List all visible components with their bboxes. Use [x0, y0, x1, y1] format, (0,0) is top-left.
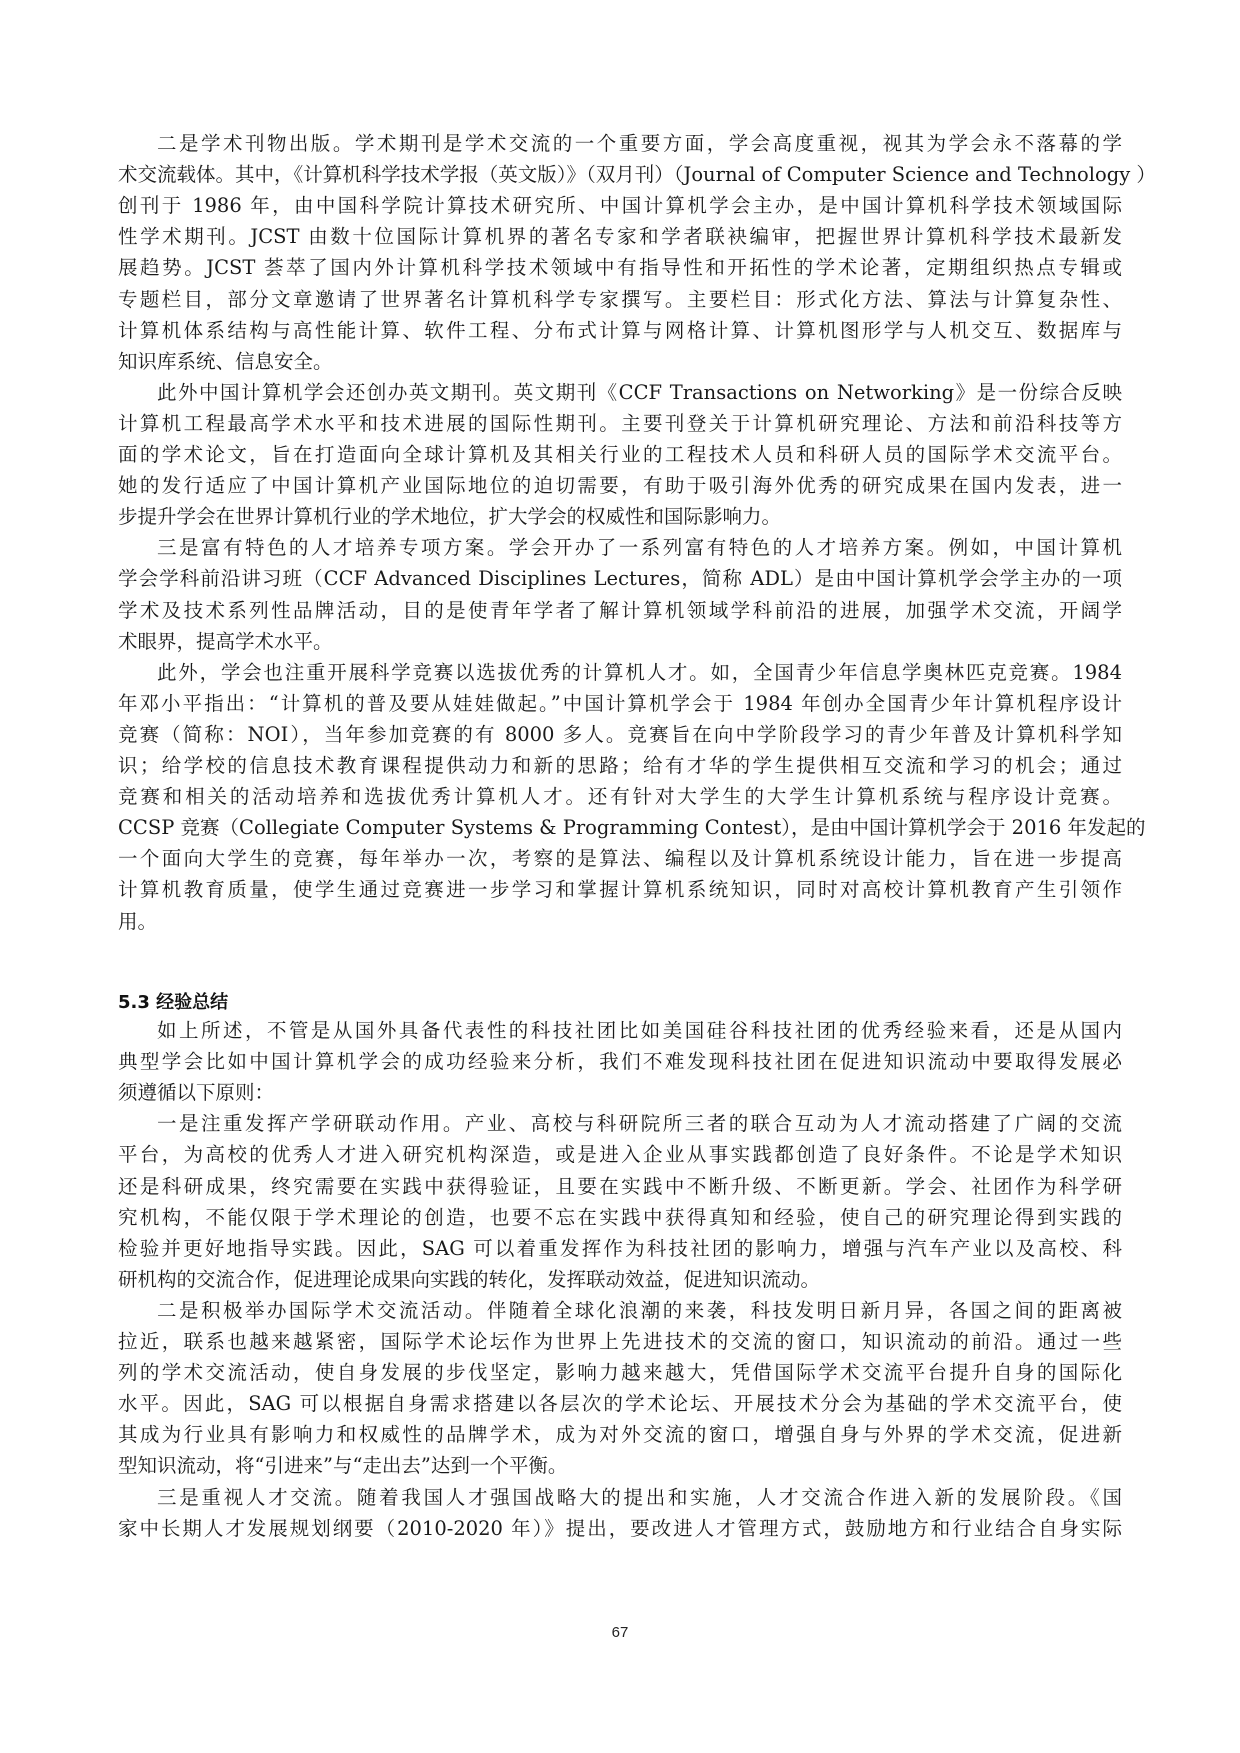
- text-line: 计算机教育质量，使学生通过竞赛进一步学习和掌握计算机系统知识，同时对高校计算机教…: [118, 874, 1122, 905]
- text-line: 专题栏目，部分文章邀请了世界著名计算机科学专家撰写。主要栏目：形式化方法、算法与…: [118, 284, 1122, 315]
- text-line: 研机构的交流合作，促进理论成果向实践的转化，发挥联动效益，促进知识流动。: [118, 1264, 1122, 1295]
- page-number: 67: [0, 1624, 1240, 1641]
- text-line: 还是科研成果，终究需要在实践中获得验证，且要在实践中不断升级、不断更新。学会、社…: [118, 1171, 1122, 1202]
- text-line: 究机构，不能仅限于学术理论的创造，也要不忘在实践中获得真知和经验，使自己的研究理…: [118, 1202, 1122, 1233]
- text-line: 如上所述，不管是从国外具备代表性的科技社团比如美国硅谷科技社团的优秀经验来看，还…: [157, 1015, 1122, 1046]
- text-line: 步提升学会在世界计算机行业的学术地位，扩大学会的权威性和国际影响力。: [118, 501, 1122, 532]
- section-heading: 5.3 经验总结: [118, 989, 228, 1017]
- document-page: 二是学术刊物出版。学术期刊是学术交流的一个重要方面，学会高度重视，视其为学会永不…: [0, 0, 1240, 1753]
- text-line: 一个面向大学生的竞赛，每年举办一次，考察的是算法、编程以及计算机系统设计能力，旨…: [118, 843, 1122, 874]
- text-line: 面的学术论文，旨在打造面向全球计算机及其相关行业的工程技术人员和科研人员的国际学…: [118, 439, 1122, 470]
- text-line: 二是积极举办国际学术交流活动。伴随着全球化浪潮的来袭，科技发明日新月异，各国之间…: [157, 1295, 1122, 1326]
- text-line: 此外中国计算机学会还创办英文期刊。英文期刊《CCF Transactions o…: [157, 377, 1122, 408]
- text-line: 典型学会比如中国计算机学会的成功经验来分析，我们不难发现科技社团在促进知识流动中…: [118, 1046, 1122, 1077]
- text-line: 型知识流动，将“引进来”与“走出去”达到一个平衡。: [118, 1450, 1122, 1481]
- text-line: CCSP 竞赛（Collegiate Computer Systems & Pr…: [118, 812, 1122, 843]
- text-line: 须遵循以下原则：: [118, 1077, 1122, 1108]
- text-line: 列的学术交流活动，使自身发展的步伐坚定，影响力越来越大，凭借国际学术交流平台提升…: [118, 1357, 1122, 1388]
- text-line: 年邓小平指出：“计算机的普及要从娃娃做起。”中国计算机学会于 1984 年创办全…: [118, 688, 1122, 719]
- text-line: 竞赛和相关的活动培养和选拔优秀计算机人才。还有针对大学生的大学生计算机系统与程序…: [118, 781, 1122, 812]
- text-line: 一是注重发挥产学研联动作用。产业、高校与科研院所三者的联合互动为人才流动搭建了广…: [157, 1108, 1122, 1139]
- text-line: 计算机工程最高学术水平和技术进展的国际性期刊。主要刊登关于计算机研究理论、方法和…: [118, 408, 1122, 439]
- text-line: 术交流载体。其中，《计算机科学技术学报（英文版）》（双月刊）（Journal o…: [118, 159, 1122, 190]
- text-line: 学会学科前沿讲习班（CCF Advanced Disciplines Lectu…: [118, 563, 1122, 594]
- text-line: 平台，为高校的优秀人才进入研究机构深造，或是进入企业从事实践都创造了良好条件。不…: [118, 1139, 1122, 1170]
- text-line: 术眼界，提高学术水平。: [118, 626, 1122, 657]
- text-line: 此外，学会也注重开展科学竞赛以选拔优秀的计算机人才。如，全国青少年信息学奥林匹克…: [157, 657, 1122, 688]
- text-line: 水平。因此，SAG 可以根据自身需求搭建以各层次的学术论坛、开展技术分会为基础的…: [118, 1388, 1122, 1419]
- text-line: 家中长期人才发展规划纲要（2010-2020 年）》提出，要改进人才管理方式，鼓…: [118, 1513, 1122, 1544]
- text-line: 竞赛（简称：NOI），当年参加竞赛的有 8000 多人。竞赛旨在向中学阶段学习的…: [118, 719, 1122, 750]
- text-line: 性学术期刊。JCST 由数十位国际计算机界的著名专家和学者联袂编审，把握世界计算…: [118, 221, 1122, 252]
- text-line: 用。: [118, 906, 1122, 937]
- text-line: 计算机体系结构与高性能计算、软件工程、分布式计算与网格计算、计算机图形学与人机交…: [118, 315, 1122, 346]
- text-line: 三是富有特色的人才培养专项方案。学会开办了一系列富有特色的人才培养方案。例如，中…: [157, 532, 1122, 563]
- text-line: 展趋势。JCST 荟萃了国内外计算机科学技术领域中有指导性和开拓性的学术论著，定…: [118, 252, 1122, 283]
- text-line: 其成为行业具有影响力和权威性的品牌学术，成为对外交流的窗口，增强自身与外界的学术…: [118, 1419, 1122, 1450]
- text-line: 三是重视人才交流。随着我国人才强国战略大的提出和实施，人才交流合作进入新的发展阶…: [157, 1482, 1122, 1513]
- text-line: 识；给学校的信息技术教育课程提供动力和新的思路；给有才华的学生提供相互交流和学习…: [118, 750, 1122, 781]
- text-line: 知识库系统、信息安全。: [118, 346, 1122, 377]
- text-line: 她的发行适应了中国计算机产业国际地位的迫切需要，有助于吸引海外优秀的研究成果在国…: [118, 470, 1122, 501]
- text-line: 拉近，联系也越来越紧密，国际学术论坛作为世界上先进技术的交流的窗口，知识流动的前…: [118, 1326, 1122, 1357]
- text-line: 二是学术刊物出版。学术期刊是学术交流的一个重要方面，学会高度重视，视其为学会永不…: [157, 128, 1122, 159]
- text-line: 学术及技术系列性品牌活动，目的是使青年学者了解计算机领域学科前沿的进展，加强学术…: [118, 595, 1122, 626]
- text-line: 创刊于 1986 年，由中国科学院计算技术研究所、中国计算机学会主办，是中国计算…: [118, 190, 1122, 221]
- text-line: 检验并更好地指导实践。因此，SAG 可以着重发挥作为科技社团的影响力，增强与汽车…: [118, 1233, 1122, 1264]
